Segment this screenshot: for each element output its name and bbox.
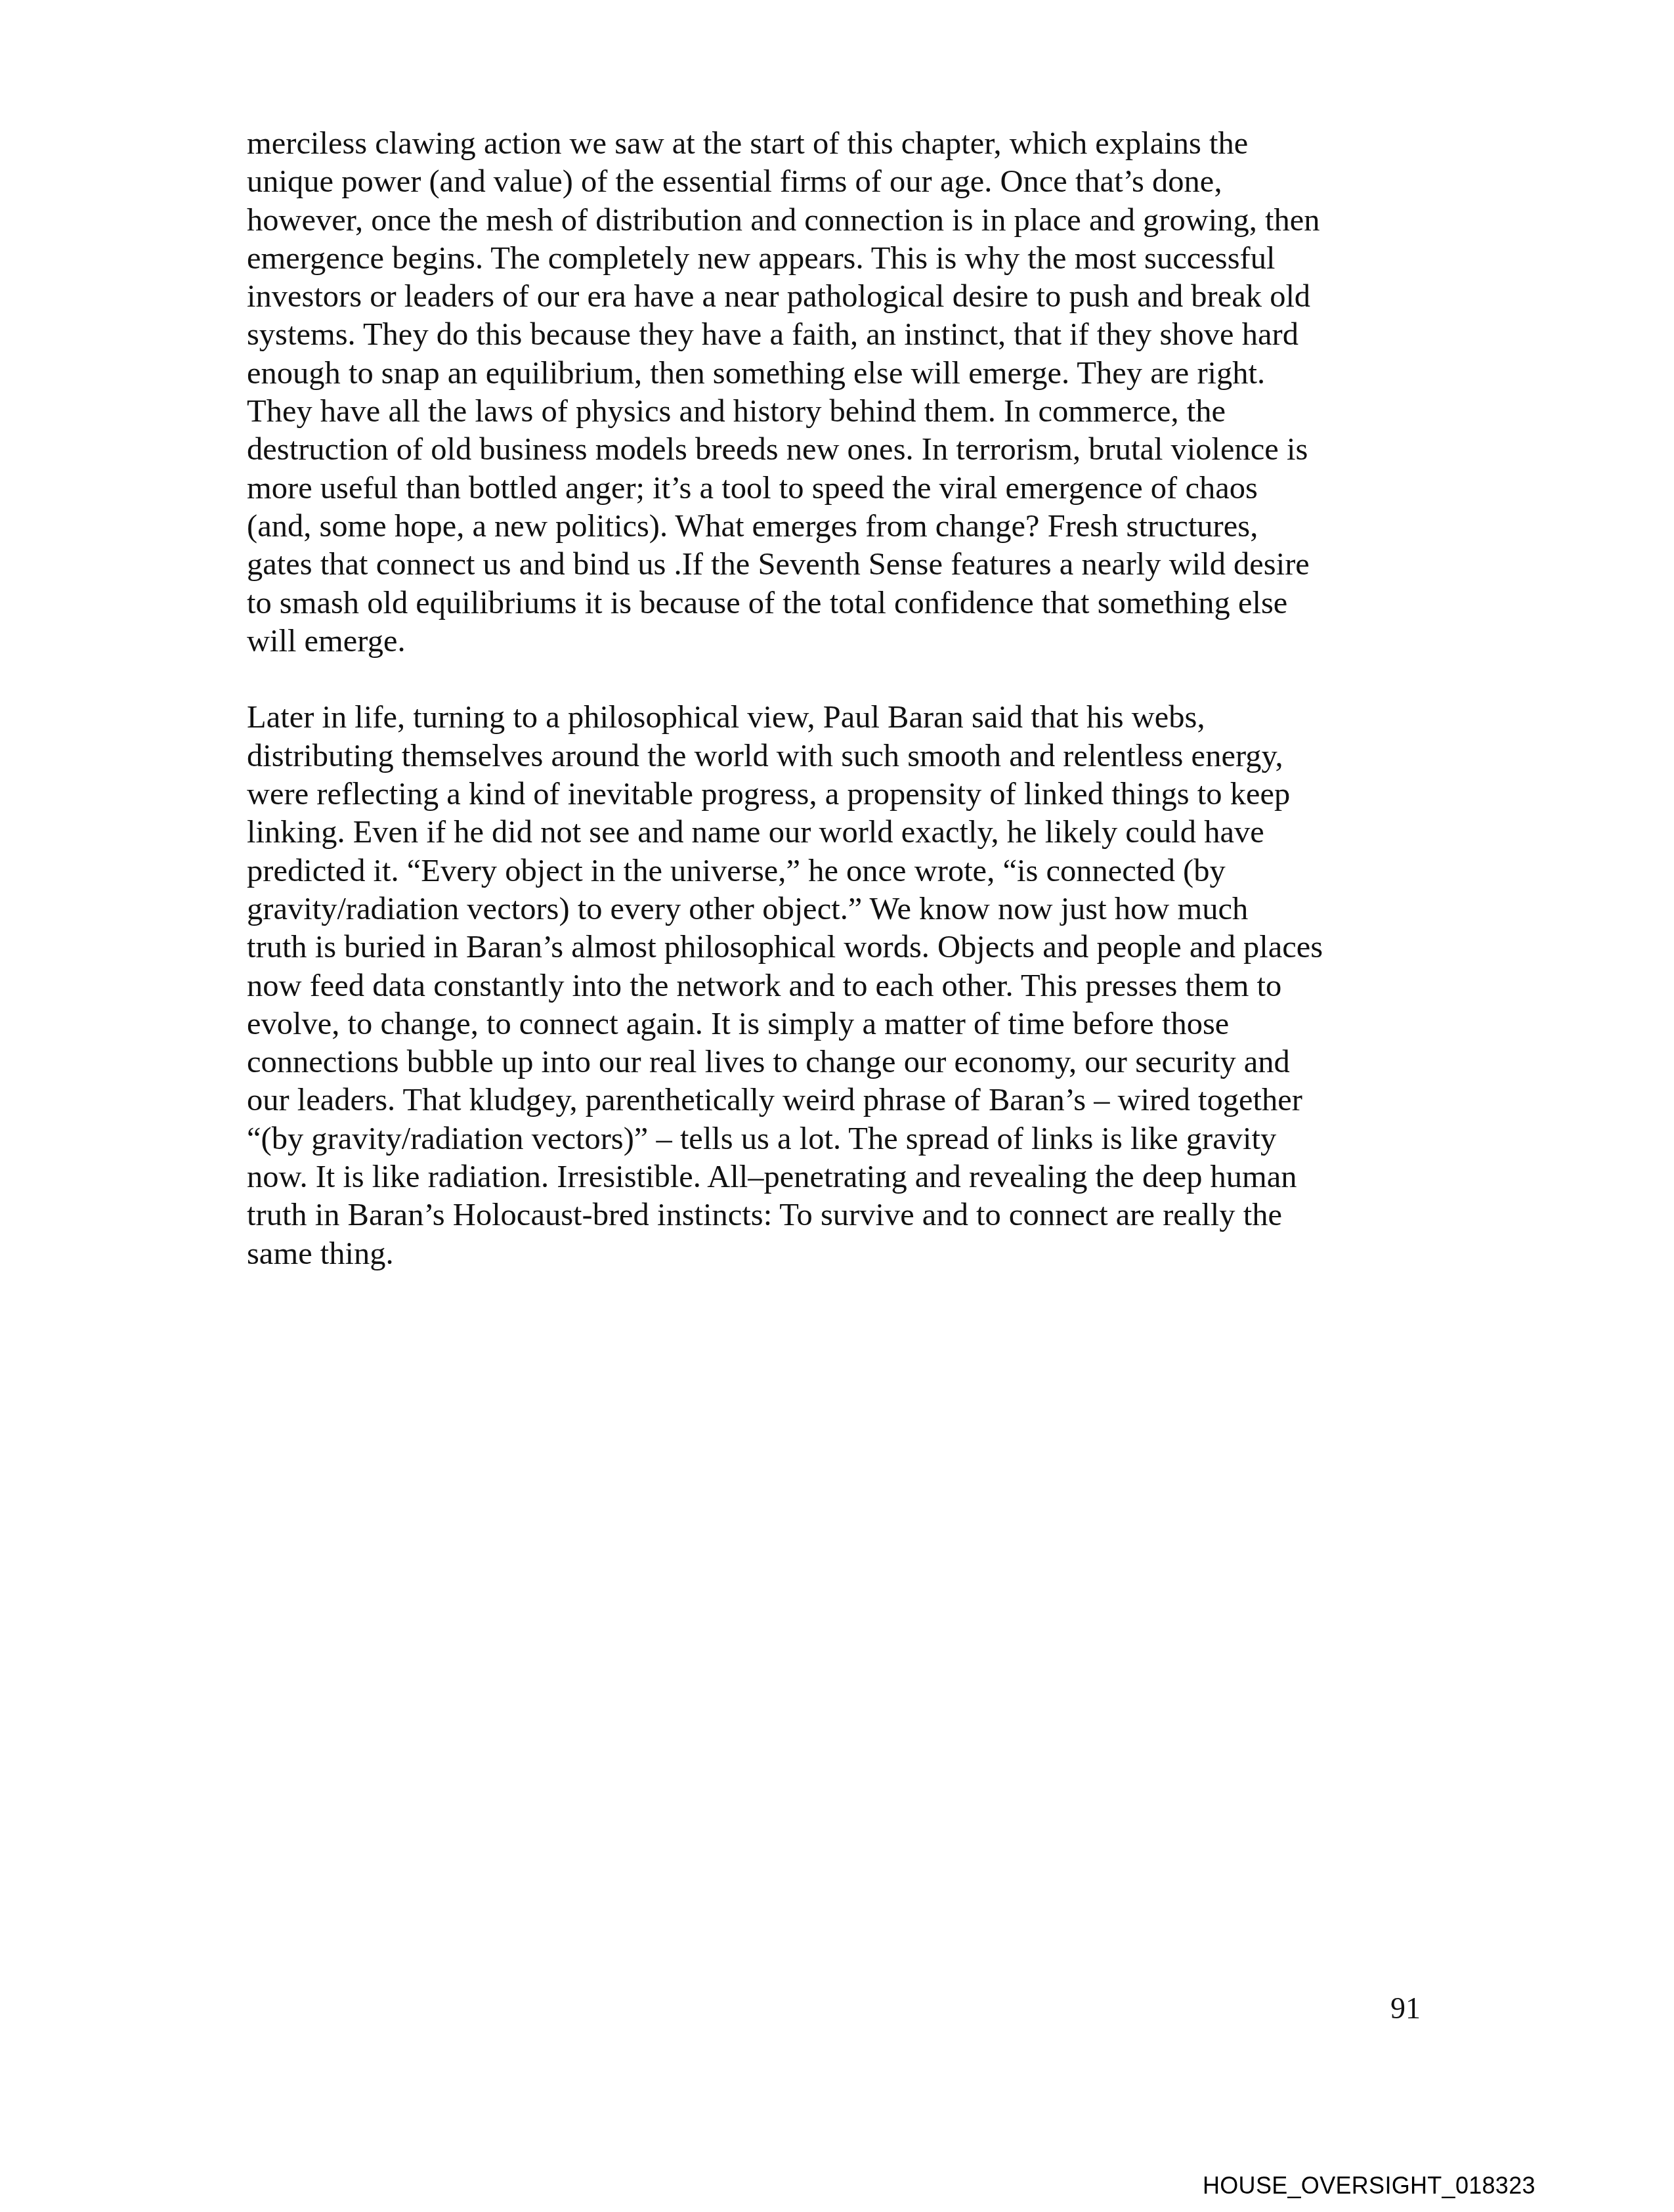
bates-stamp: HOUSE_OVERSIGHT_018323 (1203, 2172, 1535, 2200)
text-line: systems. They do this because they have … (247, 316, 1428, 354)
text-line: merciless clawing action we saw at the s… (247, 125, 1428, 163)
text-line: unique power (and value) of the essentia… (247, 163, 1428, 201)
text-line: evolve, to change, to connect again. It … (247, 1005, 1428, 1043)
text-line: enough to snap an equilibrium, then some… (247, 355, 1428, 393)
text-line: same thing. (247, 1235, 1428, 1273)
text-line: investors or leaders of our era have a n… (247, 278, 1428, 316)
text-line: to smash old equilibriums it is because … (247, 584, 1428, 622)
paragraph-1: merciless clawing action we saw at the s… (247, 125, 1428, 661)
text-line: our leaders. That kludgey, parenthetical… (247, 1081, 1428, 1119)
text-line: predicted it. “Every object in the unive… (247, 852, 1428, 890)
text-line: “(by gravity/radiation vectors)” – tells… (247, 1120, 1428, 1158)
text-line: linking. Even if he did not see and name… (247, 813, 1428, 852)
text-line: however, once the mesh of distribution a… (247, 202, 1428, 240)
text-line: truth is buried in Baran’s almost philos… (247, 928, 1428, 966)
text-line: emergence begins. The completely new app… (247, 240, 1428, 278)
text-line: gates that connect us and bind us .If th… (247, 546, 1428, 584)
text-line: connections bubble up into our real live… (247, 1043, 1428, 1081)
text-line: more useful than bottled anger; it’s a t… (247, 469, 1428, 508)
text-line: will emerge. (247, 622, 1428, 661)
text-line: distributing themselves around the world… (247, 737, 1428, 775)
text-line: They have all the laws of physics and hi… (247, 393, 1428, 431)
document-page: merciless clawing action we saw at the s… (0, 0, 1674, 2212)
text-line: (and, some hope, a new politics). What e… (247, 508, 1428, 546)
text-line: destruction of old business models breed… (247, 431, 1428, 469)
text-line: gravity/radiation vectors) to every othe… (247, 890, 1428, 928)
text-line: Later in life, turning to a philosophica… (247, 699, 1428, 737)
body-text: merciless clawing action we saw at the s… (247, 125, 1428, 1311)
text-line: were reflecting a kind of inevitable pro… (247, 775, 1428, 813)
paragraph-2: Later in life, turning to a philosophica… (247, 699, 1428, 1272)
text-line: now. It is like radiation. Irresistible.… (247, 1158, 1428, 1196)
text-line: truth in Baran’s Holocaust-bred instinct… (247, 1196, 1428, 1234)
text-line: now feed data constantly into the networ… (247, 967, 1428, 1005)
page-number: 91 (1390, 1992, 1421, 2025)
